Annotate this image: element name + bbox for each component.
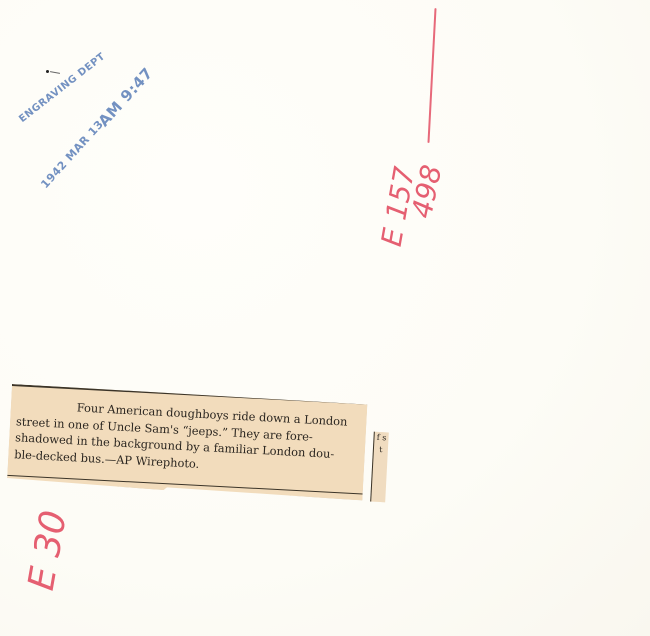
- photo-back: [0, 0, 650, 636]
- ink-dot: [46, 70, 49, 73]
- caption-text: Four American doughboys ride down a Lond…: [14, 396, 361, 480]
